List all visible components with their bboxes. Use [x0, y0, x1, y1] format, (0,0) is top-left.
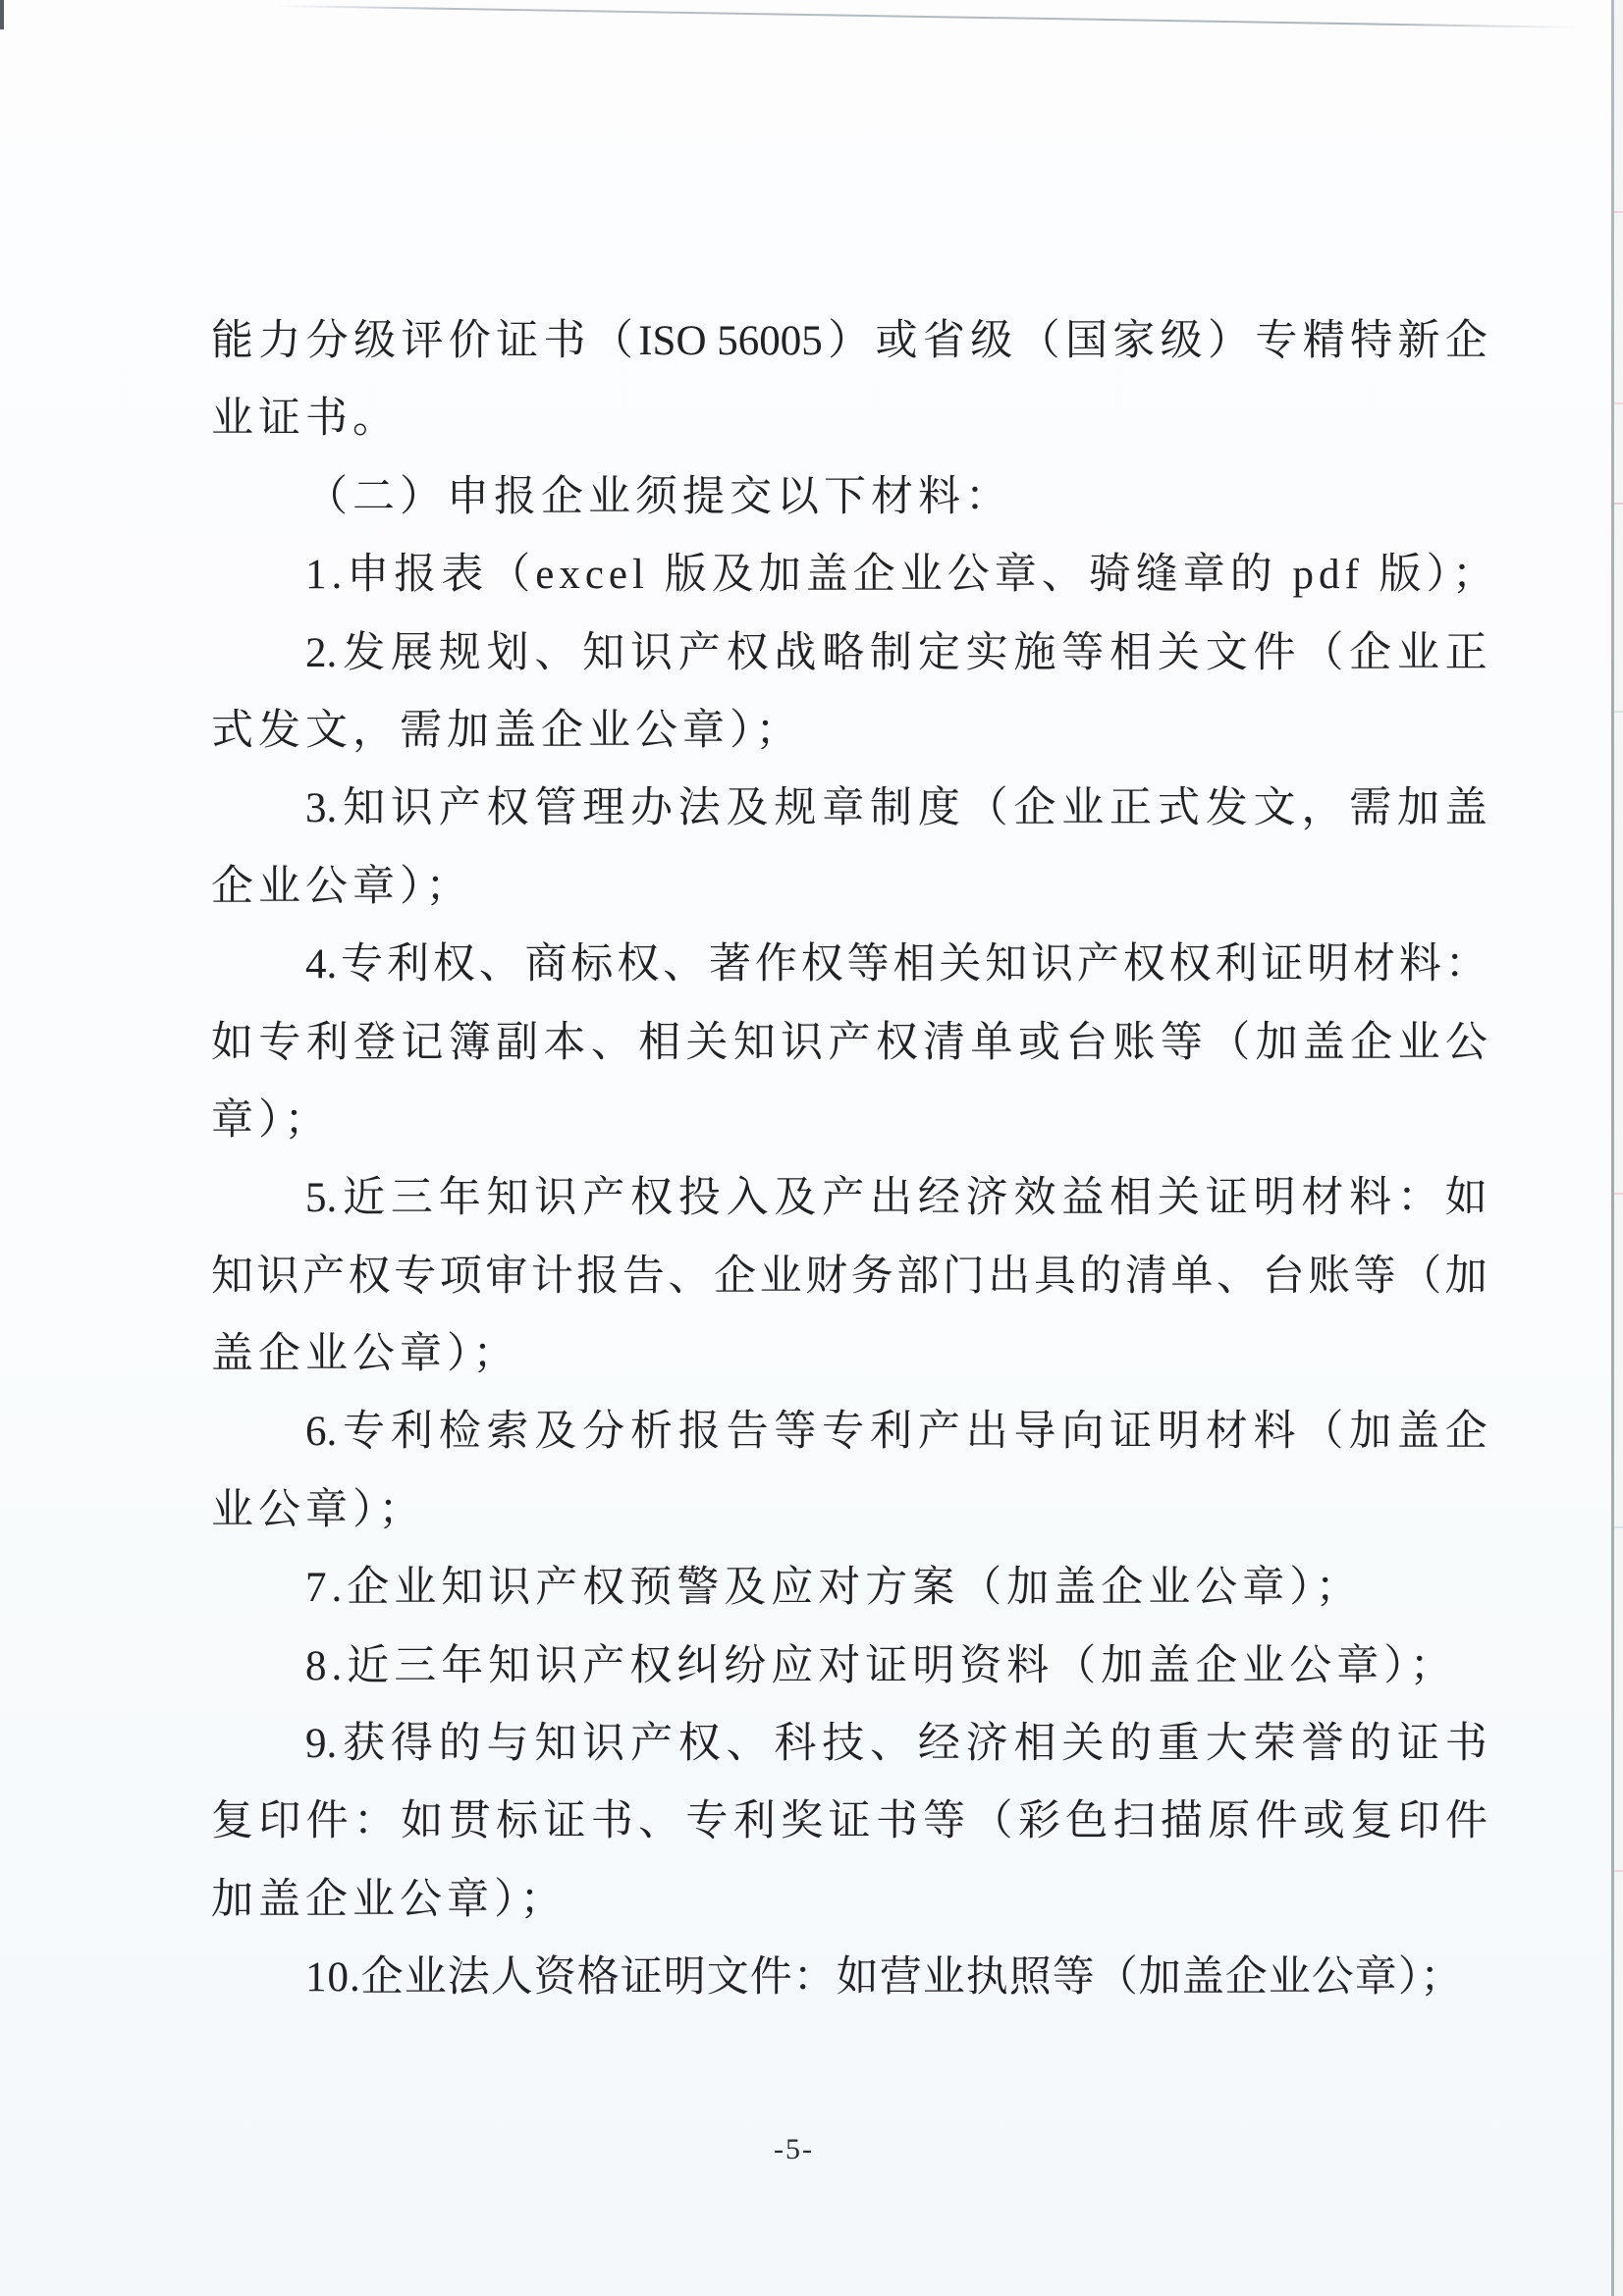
text-token: 经: [918, 1705, 960, 1783]
text-token: 权: [801, 926, 843, 1003]
text-token: 料: [1349, 1159, 1391, 1237]
text-token: 权: [727, 614, 769, 692]
text-token: 战: [774, 614, 816, 692]
text-line-15: 6.专利检索及分析报告等专利产出导向证明材料（加盖企: [211, 1393, 1488, 1470]
text-token: 济: [966, 1159, 1008, 1237]
text-token: 单: [1170, 1238, 1213, 1315]
text-token: 产: [630, 1705, 673, 1783]
text-token: 登: [353, 1004, 396, 1082]
text-token: 文: [1206, 614, 1248, 692]
text-token: 记: [401, 1004, 443, 1082]
text-token: 权: [678, 1705, 721, 1783]
text-token: 书: [1445, 1705, 1488, 1783]
text-token: 证: [1206, 1159, 1248, 1237]
text-token: （: [966, 770, 1008, 847]
text-token: 办: [630, 770, 673, 847]
text-token: ）: [828, 302, 870, 380]
text-token: 产: [439, 770, 481, 847]
text-token: 定: [918, 614, 960, 692]
text-token: 识: [391, 770, 433, 847]
text-line-10: 如专利登记簿副本、相关知识产权清单或台账等（加盖企业公: [211, 1004, 1488, 1082]
text-token: 书: [876, 1783, 918, 1860]
text-token: ：: [353, 1783, 396, 1860]
text-token: 得: [391, 1705, 433, 1783]
text-token: 业: [1398, 1004, 1440, 1082]
text-token: 索: [487, 1393, 529, 1470]
text-token: 大: [1206, 1705, 1248, 1783]
text-token: 的: [439, 1705, 481, 1783]
text-token: 年: [439, 1159, 481, 1237]
text-token: 、: [638, 1783, 680, 1860]
text-token: 略: [822, 614, 864, 692]
text-token: 簿: [449, 1004, 491, 1082]
text-line-1: 能力分级评价证书（ISO 56005）或省级（国家级）专精特新企: [211, 302, 1488, 380]
text-line-3: （二）申报企业须提交以下材料：: [211, 458, 1488, 536]
text-token: 明: [1158, 1393, 1200, 1470]
scan-strip-mark-2: [1614, 402, 1623, 404]
text-token: 精: [1303, 302, 1345, 380]
text-token: 加: [1349, 1393, 1391, 1470]
text-token: 报: [576, 1238, 619, 1315]
text-token: 的: [1349, 1705, 1391, 1783]
text-token: 识: [1031, 926, 1073, 1003]
text-token: 关: [685, 1004, 728, 1082]
text-token: 等: [847, 926, 890, 1003]
text-line-5: 2.发展规划、知识产权战略制定实施等相关文件（企业正: [211, 614, 1488, 692]
text-token: 材: [1301, 1159, 1343, 1237]
text-token: 新: [1397, 302, 1439, 380]
text-token: 相: [638, 1004, 680, 1082]
text-token: 度: [918, 770, 960, 847]
text-token: 加: [1256, 1004, 1298, 1082]
text-token: 业: [1397, 614, 1439, 692]
text-line-16: 业公章）；: [211, 1471, 1488, 1549]
text-token: 件: [1254, 614, 1296, 692]
scan-strip-mark-7: [1614, 1870, 1623, 1872]
text-token: 利: [1215, 926, 1257, 1003]
text-token: 、: [479, 926, 521, 1003]
text-token: 等: [1354, 1238, 1396, 1315]
text-token: ：: [1445, 926, 1488, 1003]
text-token: 级: [1161, 302, 1203, 380]
text-token: 、: [668, 1238, 710, 1315]
text-token: 务: [851, 1238, 893, 1315]
text-token: 法: [678, 770, 721, 847]
text-token: 书: [591, 1783, 633, 1860]
text-token: 利: [391, 1393, 433, 1470]
text-token: 相: [1109, 614, 1152, 692]
text-token: 明: [1254, 1159, 1296, 1237]
text-token: 清: [923, 1004, 965, 1082]
text-token: 关: [939, 926, 981, 1003]
text-token: 书: [544, 302, 586, 380]
text-token: 科: [774, 1705, 816, 1783]
text-token: 奖: [781, 1783, 823, 1860]
text-token: 复: [211, 1783, 253, 1860]
text-token: 清: [1125, 1238, 1167, 1315]
text-token: 、: [663, 926, 705, 1003]
text-token: 标: [570, 926, 613, 1003]
text-token: 证: [1397, 1705, 1439, 1783]
text-token: 知: [733, 1004, 776, 1082]
text-line-18: 8.近三年知识产权纠纷应对证明资料（加盖企业公章）；: [211, 1628, 1488, 1705]
text-token: 料: [1254, 1393, 1296, 1470]
text-token: 检: [439, 1393, 481, 1470]
text-token: 产: [822, 1159, 864, 1237]
text-token: 企: [1350, 1004, 1392, 1082]
text-token: 作: [755, 926, 797, 1003]
text-token: 产: [582, 1159, 624, 1237]
text-token: 级: [353, 302, 396, 380]
text-token: 相: [1109, 1159, 1152, 1237]
text-token: 具: [1034, 1238, 1076, 1315]
text-token: 权: [1123, 926, 1165, 1003]
scan-strip-mark-1: [1614, 211, 1623, 213]
text-token: 发: [343, 614, 385, 692]
text-token: 材: [1206, 1393, 1248, 1470]
text-token: 盖: [1397, 1393, 1439, 1470]
text-line-2: 业证书。: [211, 380, 1488, 457]
text-token: 誉: [1301, 1705, 1343, 1783]
text-token: 入: [727, 1159, 769, 1237]
text-token: 扫: [1113, 1783, 1156, 1860]
text-token: 级: [970, 302, 1012, 380]
text-token: 复: [1350, 1783, 1392, 1860]
text-token: 规: [439, 614, 481, 692]
text-token: 益: [1061, 1159, 1104, 1237]
text-token: 证: [828, 1783, 870, 1860]
page-number: -5-: [0, 2128, 1588, 2171]
text-line-9: 4.专利权、商标权、著作权等相关知识产权权利证明材料：: [211, 926, 1488, 1003]
text-token: 贯: [449, 1783, 491, 1860]
text-token: ，: [1301, 770, 1343, 847]
text-token: 台: [1065, 1004, 1108, 1082]
text-token: 、: [870, 1705, 912, 1783]
text-token: 特: [1350, 302, 1392, 380]
text-token: 证: [543, 1783, 585, 1860]
text-token: 关: [1158, 1159, 1200, 1237]
text-token: 获: [343, 1705, 385, 1783]
text-token: 账: [1113, 1004, 1156, 1082]
scan-right-strip: [1614, 0, 1623, 2296]
text-token: 账: [1308, 1238, 1350, 1315]
text-token: 业: [760, 1238, 802, 1315]
text-token: （: [971, 1783, 1013, 1860]
text-token: 展: [391, 614, 433, 692]
text-token: 盖: [1445, 770, 1488, 847]
text-token: 证: [496, 302, 538, 380]
text-token: 需: [1349, 770, 1391, 847]
scan-corner-sliver: [0, 0, 4, 29]
text-token: 印: [258, 1783, 300, 1860]
text-token: 识: [257, 1238, 299, 1315]
text-token: 如: [1445, 1159, 1488, 1237]
text-token: 家: [1112, 302, 1155, 380]
text-token: 企: [714, 1238, 756, 1315]
text-token: 材: [1353, 926, 1395, 1003]
text-token: 正: [1445, 614, 1488, 692]
text-line-19: 9.获得的与知识产权、科技、经济相关的重大荣誉的证书: [211, 1705, 1488, 1783]
text-token: 专: [1255, 302, 1297, 380]
text-token: 权: [617, 926, 659, 1003]
text-token: 导: [1013, 1393, 1055, 1470]
text-token: 价: [449, 302, 491, 380]
text-token: 加: [1397, 770, 1439, 847]
text-token: 等: [923, 1783, 965, 1860]
text-token: 相: [1013, 1705, 1055, 1783]
scan-strip-mark-3: [1614, 503, 1623, 505]
text-line-7: 3.知识产权管理办法及规章制度（企业正式发文，需加盖: [211, 770, 1488, 847]
text-token: 企: [1445, 302, 1488, 380]
text-token: 经: [918, 1159, 960, 1237]
text-line-6: 式发文，需加盖企业公章）；: [211, 692, 1488, 770]
text-token: 标: [496, 1783, 538, 1860]
text-line-8: 企业公章）；: [211, 848, 1488, 926]
text-token: 审: [485, 1238, 527, 1315]
text-token: 施: [1013, 614, 1055, 692]
text-token: 色: [1065, 1783, 1108, 1860]
text-token: 与: [487, 1705, 529, 1783]
text-token: 件: [1445, 1783, 1488, 1860]
text-token: 料: [1399, 926, 1441, 1003]
text-token: 章: [822, 770, 864, 847]
text-token: 门: [943, 1238, 985, 1315]
text-token: 济: [966, 1705, 1008, 1783]
text-token: 、: [534, 614, 576, 692]
text-token: 或: [1303, 1783, 1345, 1860]
text-token: 制: [870, 770, 912, 847]
text-token: 6.: [305, 1393, 337, 1470]
text-token: （: [1018, 302, 1060, 380]
text-token: 证: [1109, 1393, 1152, 1470]
text-token: 商: [525, 926, 568, 1003]
text-token: 描: [1161, 1783, 1203, 1860]
text-token: 专: [822, 1393, 864, 1470]
text-token: 、: [591, 1004, 633, 1082]
text-token: 公: [1445, 1004, 1488, 1082]
text-token: 证: [1261, 926, 1303, 1003]
text-token: （: [1301, 1393, 1343, 1470]
text-token: 或: [1018, 1004, 1060, 1082]
text-token: 权: [876, 1004, 918, 1082]
text-token: 力: [258, 302, 300, 380]
text-line-21: 加盖企业公章）；: [211, 1861, 1488, 1939]
text-token: 等: [1061, 614, 1104, 692]
text-token: 向: [1061, 1393, 1104, 1470]
text-token: 及: [727, 770, 769, 847]
text-token: 知: [487, 1159, 529, 1237]
text-token: 5.: [305, 1159, 337, 1237]
text-token: 知: [582, 614, 624, 692]
text-token: 产: [1077, 926, 1119, 1003]
text-token: （: [1399, 1238, 1441, 1315]
text-token: 9.: [305, 1705, 337, 1783]
text-token: 权: [349, 1238, 391, 1315]
text-token: 产: [678, 614, 721, 692]
text-token: 式: [1158, 770, 1200, 847]
text-token: 利: [733, 1783, 776, 1860]
text-token: 计: [531, 1238, 573, 1315]
text-token: 企: [1013, 770, 1055, 847]
text-token: 专: [343, 1393, 385, 1470]
text-line-20: 复印件：如贯标证书、专利奖证书等（彩色扫描原件或复印件: [211, 1783, 1488, 1860]
text-line-22: 10.企业法人资格证明文件：如营业执照等（加盖企业公章）；: [211, 1939, 1488, 2016]
text-token: ：: [1397, 1159, 1439, 1237]
text-token: 分: [306, 302, 349, 380]
text-token: 权: [433, 926, 475, 1003]
text-token: 知: [534, 1705, 576, 1783]
text-token: 原: [1208, 1783, 1250, 1860]
text-token: 权: [487, 770, 529, 847]
text-token: 近: [343, 1159, 385, 1237]
text-token: 能: [211, 302, 253, 380]
text-token: 件: [1256, 1783, 1298, 1860]
text-token: （: [1208, 1004, 1250, 1082]
text-token: 出: [870, 1159, 912, 1237]
scan-strip-mark-6: [1614, 1526, 1623, 1528]
text-token: 2.: [305, 614, 337, 692]
text-token: 发: [1206, 770, 1248, 847]
text-token: 理: [582, 770, 624, 847]
text-token: 评: [401, 302, 443, 380]
text-token: 识: [582, 1705, 624, 1783]
text-line-17: 7.企业知识产权预警及应对方案（加盖企业公章）；: [211, 1549, 1488, 1627]
text-token: 专: [685, 1783, 728, 1860]
text-token: 企: [1445, 1393, 1488, 1470]
text-token: 产: [918, 1393, 960, 1470]
text-token: 4.: [305, 926, 337, 1003]
text-token: ）: [1208, 302, 1250, 380]
text-token: 知: [211, 1238, 253, 1315]
text-token: 技: [822, 1705, 864, 1783]
text-token: 关: [1158, 614, 1200, 692]
text-token: 本: [543, 1004, 585, 1082]
text-token: 识: [781, 1004, 823, 1082]
scan-top-edge-line: [277, 5, 1583, 28]
text-token: 彩: [1018, 1783, 1060, 1860]
text-token: 及: [774, 1159, 816, 1237]
text-token: 告: [622, 1238, 665, 1315]
text-token: 如: [401, 1783, 443, 1860]
text-token: 相: [893, 926, 935, 1003]
text-token: 著: [709, 926, 751, 1003]
text-token: （: [591, 302, 633, 380]
text-token: 划: [487, 614, 529, 692]
text-token: 省: [923, 302, 965, 380]
text-token: 如: [211, 1004, 253, 1082]
text-token: 出: [966, 1393, 1008, 1470]
text-token: 权: [630, 1159, 673, 1237]
text-token: 及: [534, 1393, 576, 1470]
text-token: 件: [306, 1783, 349, 1860]
text-token: （: [1301, 614, 1343, 692]
text-token: 副: [496, 1004, 538, 1082]
text-token: 3.: [305, 770, 337, 847]
document-body: 能力分级评价证书（ISO 56005）或省级（国家级）专精特新企业证书。（二）申…: [211, 302, 1488, 2017]
text-token: 文: [1254, 770, 1296, 847]
text-token: 项: [440, 1238, 482, 1315]
text-token: 或: [876, 302, 918, 380]
text-token: 效: [1013, 1159, 1055, 1237]
text-token: 国: [1065, 302, 1108, 380]
text-token: 专: [258, 1004, 300, 1082]
text-token: 单: [971, 1004, 1013, 1082]
text-token: 产: [828, 1004, 870, 1082]
text-token: 重: [1158, 1705, 1200, 1783]
text-token: 等: [1161, 1004, 1203, 1082]
text-token: 分: [582, 1393, 624, 1470]
text-token: 识: [534, 1159, 576, 1237]
text-token: 企: [1349, 614, 1391, 692]
text-token: 明: [1307, 926, 1349, 1003]
text-token: 业: [1061, 770, 1104, 847]
text-token: 财: [805, 1238, 847, 1315]
text-token: 权: [1169, 926, 1212, 1003]
text-token: 管: [534, 770, 576, 847]
text-token: 利: [387, 926, 429, 1003]
text-token: 正: [1109, 770, 1152, 847]
text-token: 、: [1217, 1238, 1259, 1315]
text-token: 制: [870, 614, 912, 692]
text-line-12: 5.近三年知识产权投入及产出经济效益相关证明材料：如: [211, 1159, 1488, 1237]
text-token: 加: [1445, 1238, 1488, 1315]
text-token: 部: [896, 1238, 939, 1315]
text-token: 投: [678, 1159, 721, 1237]
text-token: 专: [394, 1238, 436, 1315]
text-token: 告: [727, 1393, 769, 1470]
text-token: 、: [727, 1705, 769, 1783]
text-token: 等: [774, 1393, 816, 1470]
text-token: 析: [630, 1393, 673, 1470]
text-token: ISO 56005: [638, 302, 823, 380]
text-token: 产: [302, 1238, 345, 1315]
text-line-4: 1.申报表（excel 版及加盖企业公章、骑缝章的 pdf 版）；: [211, 536, 1488, 614]
text-line-13: 知识产权专项审计报告、企业财务部门出具的清单、台账等（加: [211, 1238, 1488, 1315]
text-token: 出: [988, 1238, 1030, 1315]
text-line-14: 盖企业公章）；: [211, 1315, 1488, 1393]
scan-strip-mark-4: [1614, 711, 1623, 713]
text-token: 专: [341, 926, 383, 1003]
text-token: 知: [343, 770, 385, 847]
text-token: 的: [1109, 1705, 1152, 1783]
text-token: 的: [1079, 1238, 1121, 1315]
text-token: 关: [1061, 1705, 1104, 1783]
text-token: 知: [985, 926, 1027, 1003]
text-token: 报: [678, 1393, 721, 1470]
text-token: 荣: [1254, 1705, 1296, 1783]
text-token: 印: [1398, 1783, 1440, 1860]
text-token: 利: [306, 1004, 349, 1082]
text-token: 利: [870, 1393, 912, 1470]
text-token: 识: [630, 614, 673, 692]
text-token: 三: [391, 1159, 433, 1237]
scan-strip-mark-5: [1614, 1193, 1623, 1195]
text-token: 实: [966, 614, 1008, 692]
text-token: 盖: [1303, 1004, 1345, 1082]
text-token: 台: [1263, 1238, 1305, 1315]
text-line-11: 章）；: [211, 1082, 1488, 1159]
text-token: 规: [774, 770, 816, 847]
